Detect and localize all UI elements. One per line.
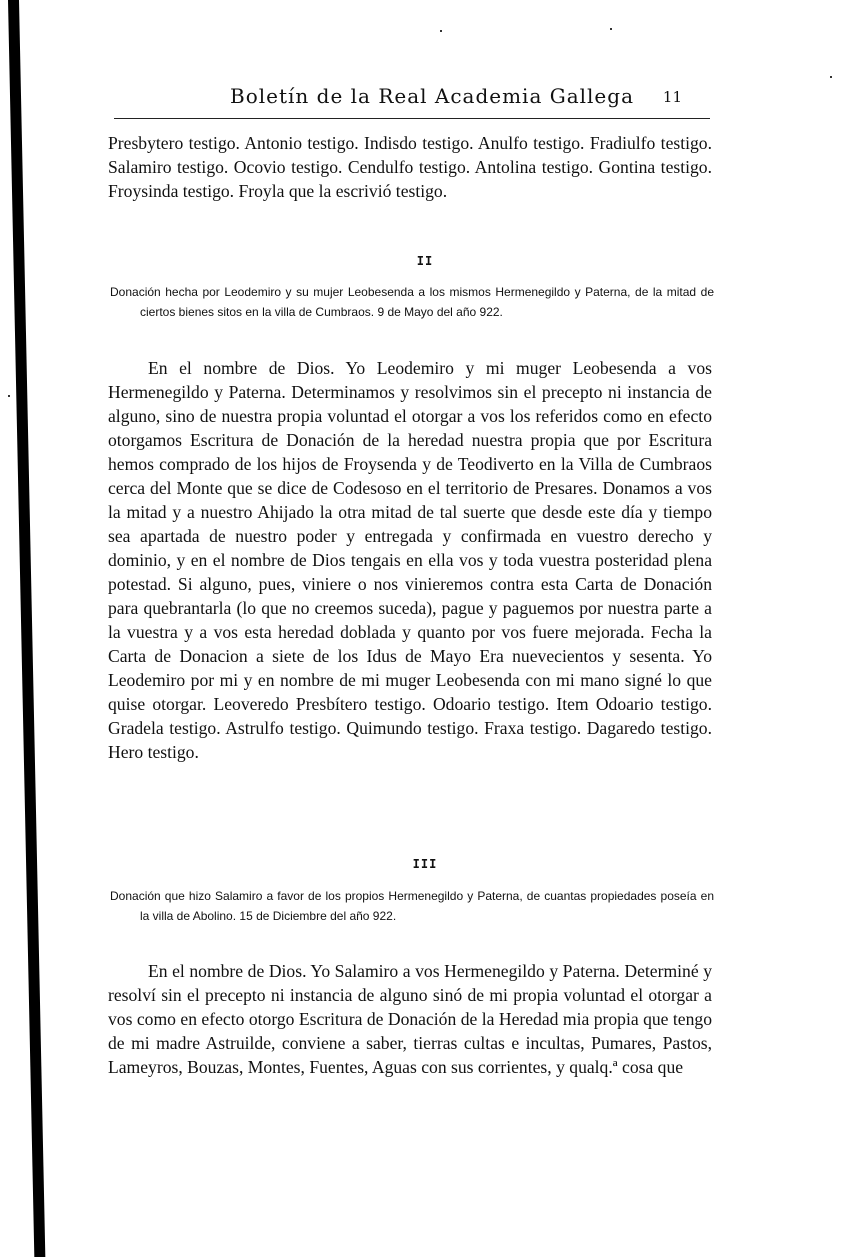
paragraph: En el nombre de Dios. Yo Leodemiro y mi … — [108, 356, 712, 764]
section-ii-body: En el nombre de Dios. Yo Leodemiro y mi … — [108, 356, 712, 764]
paragraph: Presbytero testigo. Antonio testigo. Ind… — [108, 131, 712, 203]
scan-speck — [610, 28, 612, 30]
header-rule — [114, 118, 710, 119]
scan-speck — [8, 395, 10, 397]
section-number-ii: II — [0, 254, 850, 268]
section-iii-summary: Donación que hizo Salamiro a favor de lo… — [110, 886, 714, 926]
running-title: Boletín de la Real Academia Gallega — [230, 84, 634, 108]
page-header: Boletín de la Real Academia Gallega 11 — [114, 84, 710, 114]
section-i-tail: Presbytero testigo. Antonio testigo. Ind… — [108, 131, 712, 203]
scan-speck — [440, 30, 442, 32]
page-number: 11 — [663, 88, 682, 106]
section-ii-summary: Donación hecha por Leodemiro y su mujer … — [110, 282, 714, 322]
paragraph: En el nombre de Dios. Yo Salamiro a vos … — [108, 959, 712, 1079]
section-number-iii: III — [0, 857, 850, 871]
book-binding-shadow — [8, 0, 45, 1257]
section-iii-body: En el nombre de Dios. Yo Salamiro a vos … — [108, 959, 712, 1079]
scan-speck — [830, 76, 832, 78]
